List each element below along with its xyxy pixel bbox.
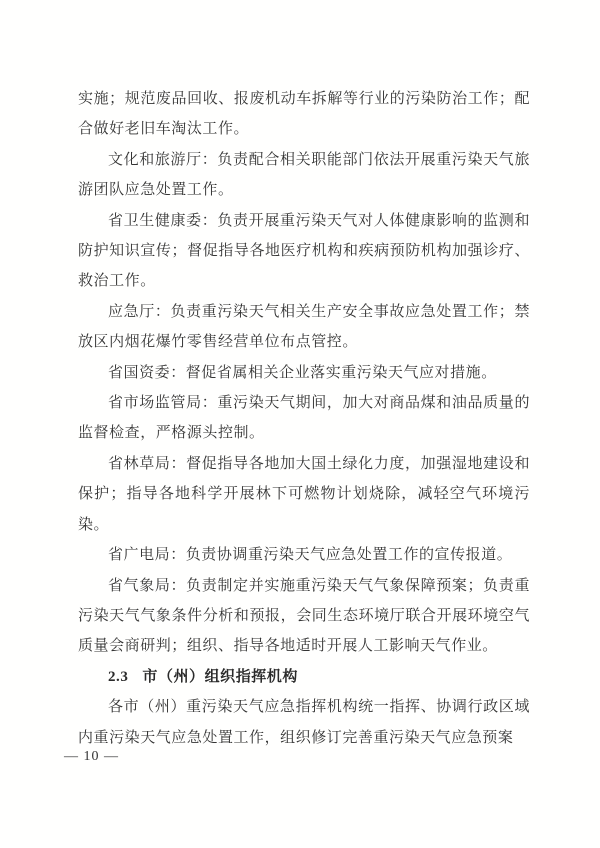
section-heading: 2.3市（州）组织指挥机构 (78, 662, 530, 692)
paragraph-market-regulation: 省市场监管局：重污染天气期间，加大对商品煤和油品质量的监督检查，严格源头控制。 (78, 388, 530, 449)
paragraph-continuation: 实施；规范废品回收、报废机动车拆解等行业的污染防治工作；配合做好老旧车淘汰工作。 (78, 84, 530, 145)
paragraph-sasac: 省国资委：督促省属相关企业落实重污染天气应对措施。 (78, 358, 530, 388)
paragraph-broadcast-bureau: 省广电局：负责协调重污染天气应急处置工作的宣传报道。 (78, 540, 530, 570)
paragraph-city-command: 各市（州）重污染天气应急指挥机构统一指挥、协调行政区域内重污染天气应急处置工作，… (78, 692, 530, 753)
section-heading-number: 2.3 (108, 669, 128, 685)
paragraph-forestry-bureau: 省林草局：督促指导各地加大国土绿化力度，加强湿地建设和保护；指导各地科学开展林下… (78, 449, 530, 540)
paragraph-health-commission: 省卫生健康委：负责开展重污染天气对人体健康影响的监测和防护知识宣传；督促指导各地… (78, 206, 530, 297)
page-number: — 10 — (64, 746, 119, 768)
section-heading-title: 市（州）组织指挥机构 (142, 669, 298, 685)
paragraph-emergency-dept: 应急厅：负责重污染天气相关生产安全事故应急处置工作；禁放区内烟花爆竹零售经营单位… (78, 297, 530, 358)
paragraph-culture-tourism: 文化和旅游厅：负责配合相关职能部门依法开展重污染天气旅游团队应急处置工作。 (78, 145, 530, 206)
document-page: 实施；规范废品回收、报废机动车拆解等行业的污染防治工作；配合做好老旧车淘汰工作。… (0, 0, 600, 848)
paragraph-meteorological-bureau: 省气象局：负责制定并实施重污染天气气象保障预案；负责重污染天气气象条件分析和预报… (78, 571, 530, 662)
document-body: 实施；规范废品回收、报废机动车拆解等行业的污染防治工作；配合做好老旧车淘汰工作。… (78, 84, 530, 753)
